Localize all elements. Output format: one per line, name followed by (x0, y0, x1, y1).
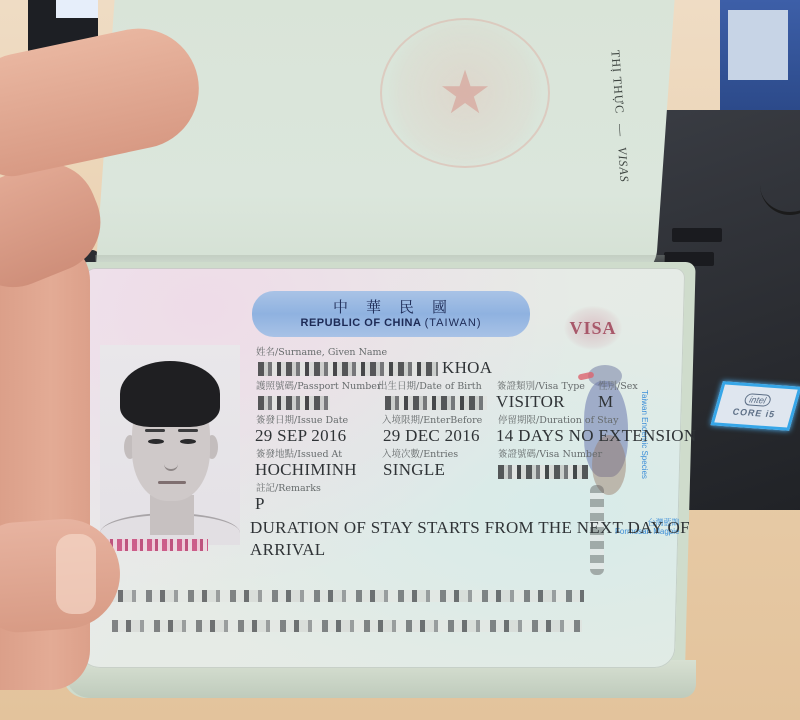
passport-number-redacted (258, 396, 330, 410)
entries-label: 入境次數/Entries (382, 446, 458, 460)
enter-before-value: 29 DEC 2016 (383, 426, 480, 446)
keyboard-key (672, 228, 722, 242)
date-of-birth-label: 出生日期/Date of Birth (378, 378, 482, 392)
mrz-line-1-redacted (104, 590, 584, 602)
visa-stamp-icon: VISA (564, 306, 622, 350)
passport-upper-page (95, 0, 675, 280)
passport-number-label: 護照號碼/Passport Number (256, 378, 381, 392)
vietnam-emblem-watermark: ★ (380, 18, 550, 168)
duration-label: 停留期限/Duration of Stay (498, 412, 618, 426)
title-english: VISAS (615, 146, 631, 183)
remarks-line-1: DURATION OF STAY STARTS FROM THE NEXT DA… (250, 518, 690, 538)
issue-date-label: 簽發日期/Issue Date (256, 412, 348, 426)
name-value: KHOA (442, 358, 492, 378)
title-separator: — (614, 124, 629, 138)
holder-photo (100, 345, 240, 545)
intel-logo: intel (743, 393, 772, 407)
visa-type-value: VISITOR (496, 392, 565, 412)
background-monitor-right (720, 0, 800, 110)
issued-at-value: HOCHIMINH (255, 460, 357, 480)
name-label: 姓名/Surname, Given Name (256, 344, 387, 358)
duration-value: 14 DAYS NO EXTENSION (496, 426, 696, 446)
entries-value: SINGLE (383, 460, 445, 480)
visa-number-label: 簽證號碼/Visa Number (498, 446, 602, 460)
enter-before-label: 入境限期/EnterBefore (382, 412, 482, 426)
sex-label: 性別/Sex (598, 378, 638, 392)
remarks-label: 註記/Remarks (256, 480, 321, 494)
roc-banner: 中華民國 REPUBLIC OF CHINA (TAIWAN) (252, 291, 530, 337)
intel-model: CORE i5 (731, 406, 776, 419)
star-icon: ★ (438, 58, 492, 128)
banner-country: REPUBLIC OF CHINA (301, 317, 422, 329)
issue-date-value: 29 SEP 2016 (255, 426, 346, 446)
banner-title-zh: 中華民國 (333, 299, 465, 316)
remarks-line-2: ARRIVAL (250, 540, 325, 560)
intel-core-badge: intel CORE i5 (710, 381, 800, 430)
issued-at-label: 簽發地點/Issued At (256, 446, 342, 460)
visa-type-label: 簽證類別/Visa Type (497, 378, 585, 392)
photo-serial-redacted (102, 539, 208, 551)
date-of-birth-redacted (385, 396, 487, 410)
remarks-code: P (255, 494, 265, 514)
mrz-line-2-redacted (112, 620, 582, 632)
name-redacted (258, 362, 438, 376)
thumb-nail (56, 534, 96, 614)
visa-number-redacted (498, 465, 588, 479)
sex-value: M (598, 392, 613, 412)
banner-country-suffix: (TAIWAN) (425, 317, 482, 329)
banner-title-en: REPUBLIC OF CHINA (TAIWAN) (301, 317, 482, 329)
